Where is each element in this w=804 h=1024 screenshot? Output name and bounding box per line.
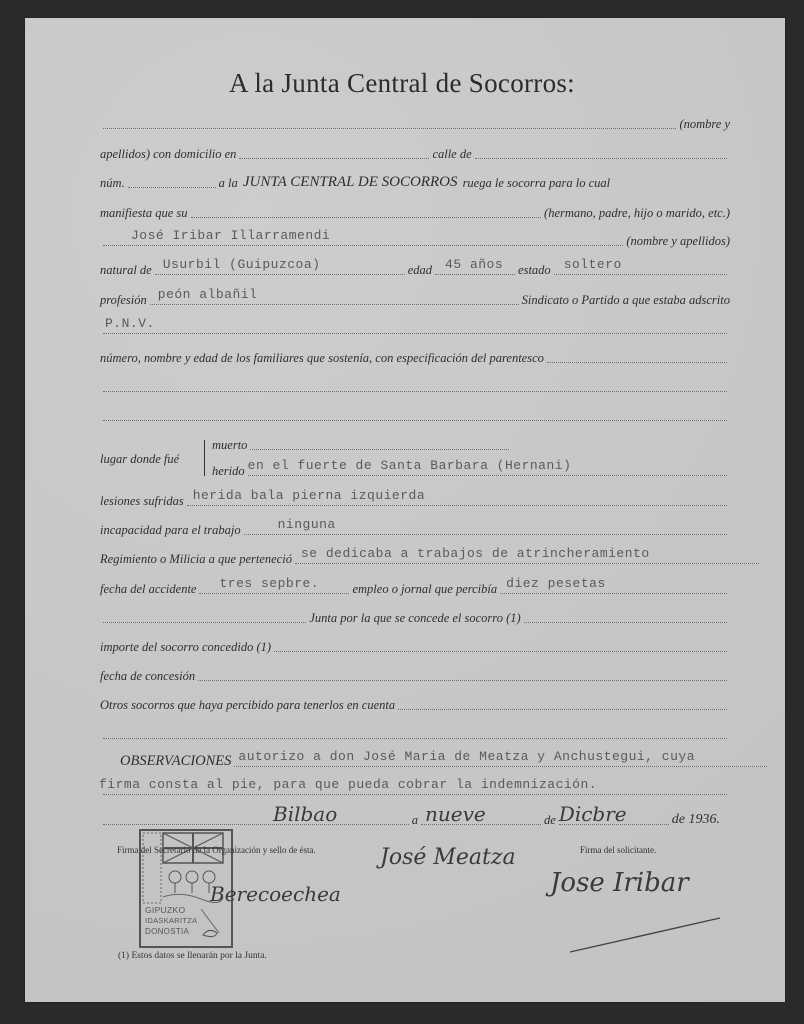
otros-field[interactable] — [398, 708, 727, 710]
incapacidad-label: incapacidad para el trabajo — [100, 523, 241, 538]
secretario-signature: Berecoechea — [210, 882, 341, 906]
incapacidad-value: ninguna — [278, 517, 336, 532]
a-label: a — [412, 813, 418, 828]
familiares-label: número, nombre y edad de los familiares … — [100, 351, 544, 366]
row-fecha-concesion: fecha de concesión — [100, 664, 730, 684]
junta-concede-field-left[interactable] — [103, 621, 306, 623]
lugar-label: lugar donde fué — [100, 452, 179, 467]
domicilio-label: apellidos) con domicilio en — [100, 147, 236, 162]
num-field[interactable] — [128, 186, 216, 188]
de-label: de — [544, 813, 556, 828]
row-otros: Otros socorros que haya percibido para t… — [100, 693, 730, 713]
profesion-field[interactable]: peón albañil — [150, 303, 519, 305]
row-familiares-3 — [100, 404, 730, 424]
junta-text-caps: JUNTA CENTRAL DE SOCORROS — [243, 174, 458, 191]
herido-value: en el fuerte de Santa Barbara (Hernani) — [248, 458, 572, 473]
estado-field[interactable]: soltero — [554, 273, 727, 275]
profesion-value: peón albañil — [158, 287, 258, 302]
edad-label: edad — [408, 263, 432, 278]
row-muerto: muerto — [212, 433, 512, 453]
otros-label: Otros socorros que haya percibido para t… — [100, 698, 395, 713]
row-regimiento: Regimiento o Milicia a que perteneció se… — [100, 547, 762, 567]
incapacidad-field[interactable]: ninguna — [244, 533, 727, 535]
place-field[interactable]: Bilbao — [103, 823, 409, 825]
stamp-line1: GIPUZKO — [145, 905, 185, 915]
fecha-concesion-field[interactable] — [198, 679, 727, 681]
sindicato-label: Sindicato o Partido a que estaba adscrit… — [522, 293, 730, 308]
nombre-apellidos-field[interactable]: José Iribar Illarramendi — [103, 244, 623, 246]
estado-label: estado — [518, 263, 551, 278]
nombre-apellidos-label: (nombre y apellidos) — [626, 234, 730, 249]
herido-field[interactable]: en el fuerte de Santa Barbara (Hernani) — [248, 474, 727, 476]
row-nombre: (nombre y — [100, 112, 730, 132]
nombre-label: (nombre y — [679, 117, 730, 132]
familiares-field-2[interactable] — [103, 390, 727, 392]
row-natural: natural de Usurbil (Guipuzcoa) edad 45 a… — [100, 258, 730, 278]
place-value: Bilbao — [273, 802, 337, 826]
profesion-label: profesión — [100, 293, 147, 308]
sindicato-value: P.N.V. — [105, 316, 155, 331]
lesiones-label: lesiones sufridas — [100, 494, 184, 509]
row-fecha-accidente: fecha del accidente tres sepbre. empleo … — [100, 577, 730, 597]
edad-field[interactable]: 45 años — [435, 273, 515, 275]
month-field[interactable]: Dicbre — [559, 823, 669, 825]
observaciones-field[interactable]: autorizo a don José Maria de Meatza y An… — [234, 765, 767, 767]
solicitante-signature: Jose Iribar — [550, 868, 689, 898]
row-place-date: Bilbao a nueve de Dicbre de 1936. — [100, 808, 720, 828]
nombre-field[interactable] — [103, 127, 676, 129]
estado-value: soltero — [564, 257, 622, 272]
row-observaciones: OBSERVACIONES autorizo a don José Maria … — [120, 750, 770, 770]
row-domicilio: apellidos) con domicilio en calle de — [100, 142, 730, 162]
row-familiares-2 — [100, 375, 730, 395]
brace — [204, 440, 205, 476]
jornal-field[interactable]: diez pesetas — [500, 592, 727, 594]
observaciones-label: OBSERVACIONES — [120, 753, 231, 770]
fecha-concesion-label: fecha de concesión — [100, 669, 195, 684]
row-junta-concede: Junta por la que se concede el socorro (… — [100, 606, 730, 626]
otros-field-2[interactable] — [103, 737, 727, 739]
importe-label: importe del socorro concedido (1) — [100, 640, 271, 655]
row-lesiones: lesiones sufridas herida bala pierna izq… — [100, 489, 730, 509]
secretario-caption: Firma del Secretario de la Organización … — [117, 845, 316, 855]
parentesco-field[interactable] — [191, 216, 542, 218]
fecha-accidente-value: tres sepbre. — [219, 576, 319, 591]
natural-value: Usurbil (Guipuzcoa) — [163, 257, 321, 272]
junta-concede-label: Junta por la que se concede el socorro (… — [309, 611, 520, 626]
junta-text-post: ruega le socorra para lo cual — [463, 176, 611, 191]
row-observaciones-2: firma consta al pie, para que pueda cobr… — [100, 778, 730, 798]
signature-underline — [560, 900, 730, 960]
regimiento-field[interactable]: se dedicaba a trabajos de atrincheramien… — [295, 562, 759, 564]
row-incapacidad: incapacidad para el trabajo ninguna — [100, 518, 730, 538]
calle-label: calle de — [432, 147, 471, 162]
day-field[interactable]: nueve — [421, 823, 541, 825]
row-manifiesta: manifiesta que su (hermano, padre, hijo … — [100, 201, 730, 221]
muerto-field[interactable] — [250, 448, 509, 450]
row-profesion: profesión peón albañil Sindicato o Parti… — [100, 288, 730, 308]
regimiento-value: se dedicaba a trabajos de atrincheramien… — [301, 546, 650, 561]
year-label: de 1936. — [672, 812, 720, 828]
form-title: A la Junta Central de Socorros: — [0, 68, 804, 99]
fecha-accidente-label: fecha del accidente — [100, 582, 196, 597]
lesiones-value: herida bala pierna izquierda — [193, 488, 425, 503]
junta-concede-field[interactable] — [524, 621, 727, 623]
jornal-label: empleo o jornal que percibía — [352, 582, 497, 597]
jornal-value: diez pesetas — [506, 576, 606, 591]
row-familiares: número, nombre y edad de los familiares … — [100, 346, 730, 366]
observaciones-line1: autorizo a don José Maria de Meatza y An… — [238, 749, 695, 764]
stamp-line3: DONOSTIA — [145, 927, 189, 937]
row-sindicato-value: P.N.V. — [100, 317, 730, 337]
importe-field[interactable] — [274, 650, 727, 652]
nombre-value: José Iribar Illarramendi — [131, 228, 330, 243]
sindicato-field[interactable]: P.N.V. — [103, 332, 727, 334]
month-value: Dicbre — [559, 802, 627, 826]
lesiones-field[interactable]: herida bala pierna izquierda — [187, 504, 727, 506]
fecha-accidente-field[interactable]: tres sepbre. — [199, 592, 349, 594]
calle-field[interactable] — [475, 157, 727, 159]
junta-text-pre: a la — [219, 176, 238, 191]
parentesco-hint: (hermano, padre, hijo o marido, etc.) — [544, 206, 730, 221]
muerto-label: muerto — [212, 438, 247, 453]
familiares-field[interactable] — [547, 361, 727, 363]
row-nombre-apellidos: José Iribar Illarramendi (nombre y apell… — [100, 229, 730, 249]
observaciones-field-2[interactable]: firma consta al pie, para que pueda cobr… — [103, 793, 727, 795]
row-num: núm. a la JUNTA CENTRAL DE SOCORROS rueg… — [100, 171, 730, 191]
day-value: nueve — [425, 802, 486, 826]
row-otros-2 — [100, 722, 730, 742]
meatza-signature: José Meatza — [380, 845, 516, 870]
edad-value: 45 años — [445, 257, 503, 272]
footnote: (1) Estos datos se llenarán por la Junta… — [118, 951, 267, 961]
manifiesta-label: manifiesta que su — [100, 206, 188, 221]
num-label: núm. — [100, 176, 125, 191]
natural-label: natural de — [100, 263, 152, 278]
herido-label: herido — [212, 464, 245, 479]
domicilio-field[interactable] — [239, 157, 429, 159]
row-herido: herido en el fuerte de Santa Barbara (He… — [212, 459, 730, 479]
observaciones-line2: firma consta al pie, para que pueda cobr… — [99, 777, 597, 792]
solicitante-caption: Firma del solicitante. — [580, 845, 656, 855]
row-importe: importe del socorro concedido (1) — [100, 635, 730, 655]
natural-field[interactable]: Usurbil (Guipuzcoa) — [155, 273, 405, 275]
regimiento-label: Regimiento o Milicia a que perteneció — [100, 552, 292, 567]
familiares-field-3[interactable] — [103, 419, 727, 421]
stamp-line2: IDASKARITZA — [145, 916, 197, 926]
